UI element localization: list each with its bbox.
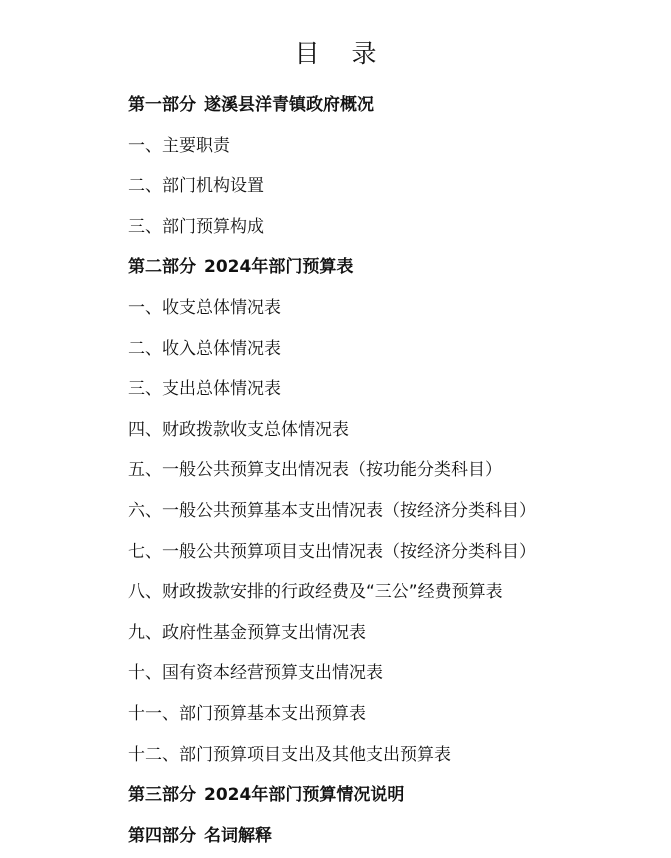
toc-item: 三、支出总体情况表 [128, 378, 536, 419]
toc-item: 一、主要职责 [128, 135, 536, 176]
toc-item: 十、国有资本经营预算支出情况表 [128, 662, 536, 703]
part-label: 第四部分 [128, 826, 196, 846]
part-label: 第三部分 [128, 785, 196, 805]
part-title: 名词解释 [204, 826, 272, 846]
toc-part-3: 第三部分2024年部门预算情况说明 [128, 784, 536, 825]
toc-item: 九、政府性基金预算支出情况表 [128, 622, 536, 663]
toc-item: 五、一般公共预算支出情况表（按功能分类科目） [128, 459, 536, 500]
toc-title: 目 录 [0, 38, 671, 70]
toc-item: 十二、部门预算项目支出及其他支出预算表 [128, 744, 536, 785]
part-title: 2024年部门预算表 [204, 257, 353, 277]
table-of-contents: 第一部分遂溪县洋青镇政府概况 一、主要职责 二、部门机构设置 三、部门预算构成 … [128, 94, 536, 858]
part-title: 遂溪县洋青镇政府概况 [204, 95, 374, 115]
part-label: 第一部分 [128, 95, 196, 115]
toc-item: 八、财政拨款安排的行政经费及“三公”经费预算表 [128, 581, 536, 622]
part-label: 第二部分 [128, 257, 196, 277]
toc-item: 六、一般公共预算基本支出情况表（按经济分类科目） [128, 500, 536, 541]
toc-item: 七、一般公共预算项目支出情况表（按经济分类科目） [128, 541, 536, 582]
toc-item: 四、财政拨款收支总体情况表 [128, 419, 536, 460]
toc-item: 十一、部门预算基本支出预算表 [128, 703, 536, 744]
toc-part-4: 第四部分名词解释 [128, 825, 536, 858]
toc-part-2: 第二部分2024年部门预算表 [128, 256, 536, 297]
part-title: 2024年部门预算情况说明 [204, 785, 404, 805]
toc-item: 二、部门机构设置 [128, 175, 536, 216]
toc-part-1: 第一部分遂溪县洋青镇政府概况 [128, 94, 536, 135]
toc-item: 二、收入总体情况表 [128, 338, 536, 379]
toc-item: 三、部门预算构成 [128, 216, 536, 257]
toc-item: 一、收支总体情况表 [128, 297, 536, 338]
